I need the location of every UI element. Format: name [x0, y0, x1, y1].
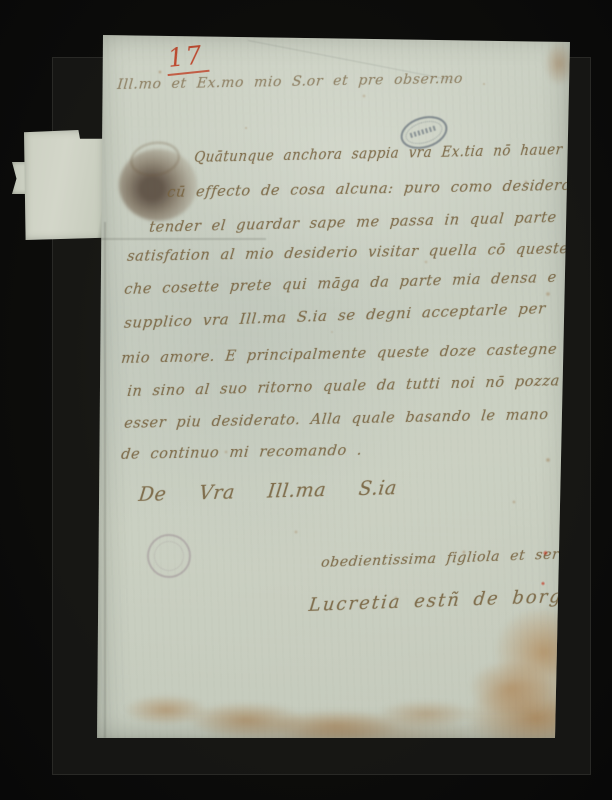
red-ink-speck	[543, 550, 548, 556]
letter-sheet: 17 Ill.mo et Ex.mo mio S.or et pre obser…	[96, 32, 572, 740]
folded-flap	[24, 130, 104, 240]
archival-folio-number: 17	[164, 40, 209, 76]
scan-viewport: 17 Ill.mo et Ex.mo mio S.or et pre obser…	[0, 0, 612, 800]
red-ink-speck	[541, 581, 545, 586]
